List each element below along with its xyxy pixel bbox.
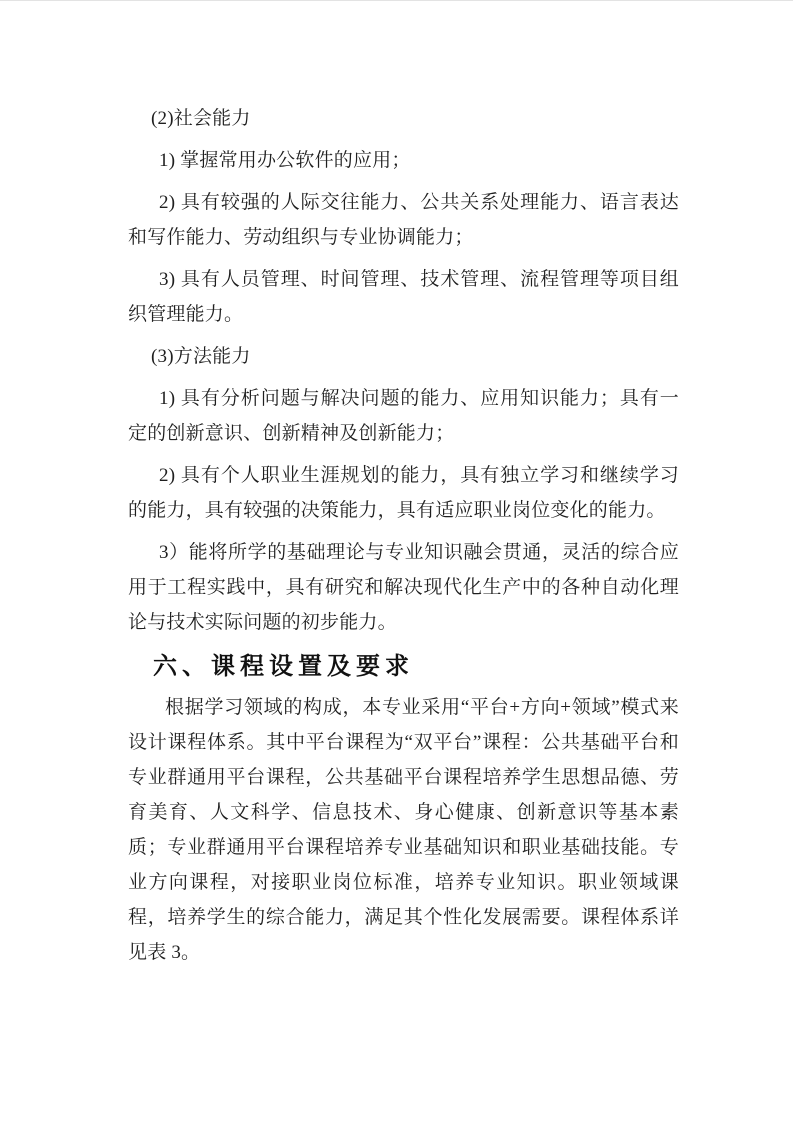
social-ability-item-2: 2) 具有较强的人际交往能力、公共关系处理能力、语言表达和写作能力、劳动组织与专… [128, 185, 679, 255]
document-page: (2)社会能力 1) 掌握常用办公软件的应用； 2) 具有较强的人际交往能力、公… [0, 0, 793, 1123]
social-ability-item-1: 1) 掌握常用办公软件的应用； [128, 143, 679, 178]
method-ability-item-1: 1) 具有分析问题与解决问题的能力、应用知识能力；具有一定的创新意识、创新精神及… [128, 381, 679, 451]
course-setup-paragraph: 根据学习领域的构成，本专业采用“平台+方向+领域”模式来设计课程体系。其中平台课… [128, 690, 679, 970]
social-ability-item-3: 3) 具有人员管理、时间管理、技术管理、流程管理等项目组织管理能力。 [128, 262, 679, 332]
method-ability-item-3: 3）能将所学的基础理论与专业知识融会贯通，灵活的综合应用于工程实践中，具有研究和… [128, 535, 679, 640]
ability-label-social: (2)社会能力 [128, 101, 679, 136]
method-ability-item-2: 2) 具有个人职业生涯规划的能力，具有独立学习和继续学习的能力，具有较强的决策能… [128, 458, 679, 528]
document-content: (2)社会能力 1) 掌握常用办公软件的应用； 2) 具有较强的人际交往能力、公… [128, 101, 679, 977]
section-heading-course-setup: 六、课程设置及要求 [153, 647, 679, 687]
ability-label-method: (3)方法能力 [128, 339, 679, 374]
